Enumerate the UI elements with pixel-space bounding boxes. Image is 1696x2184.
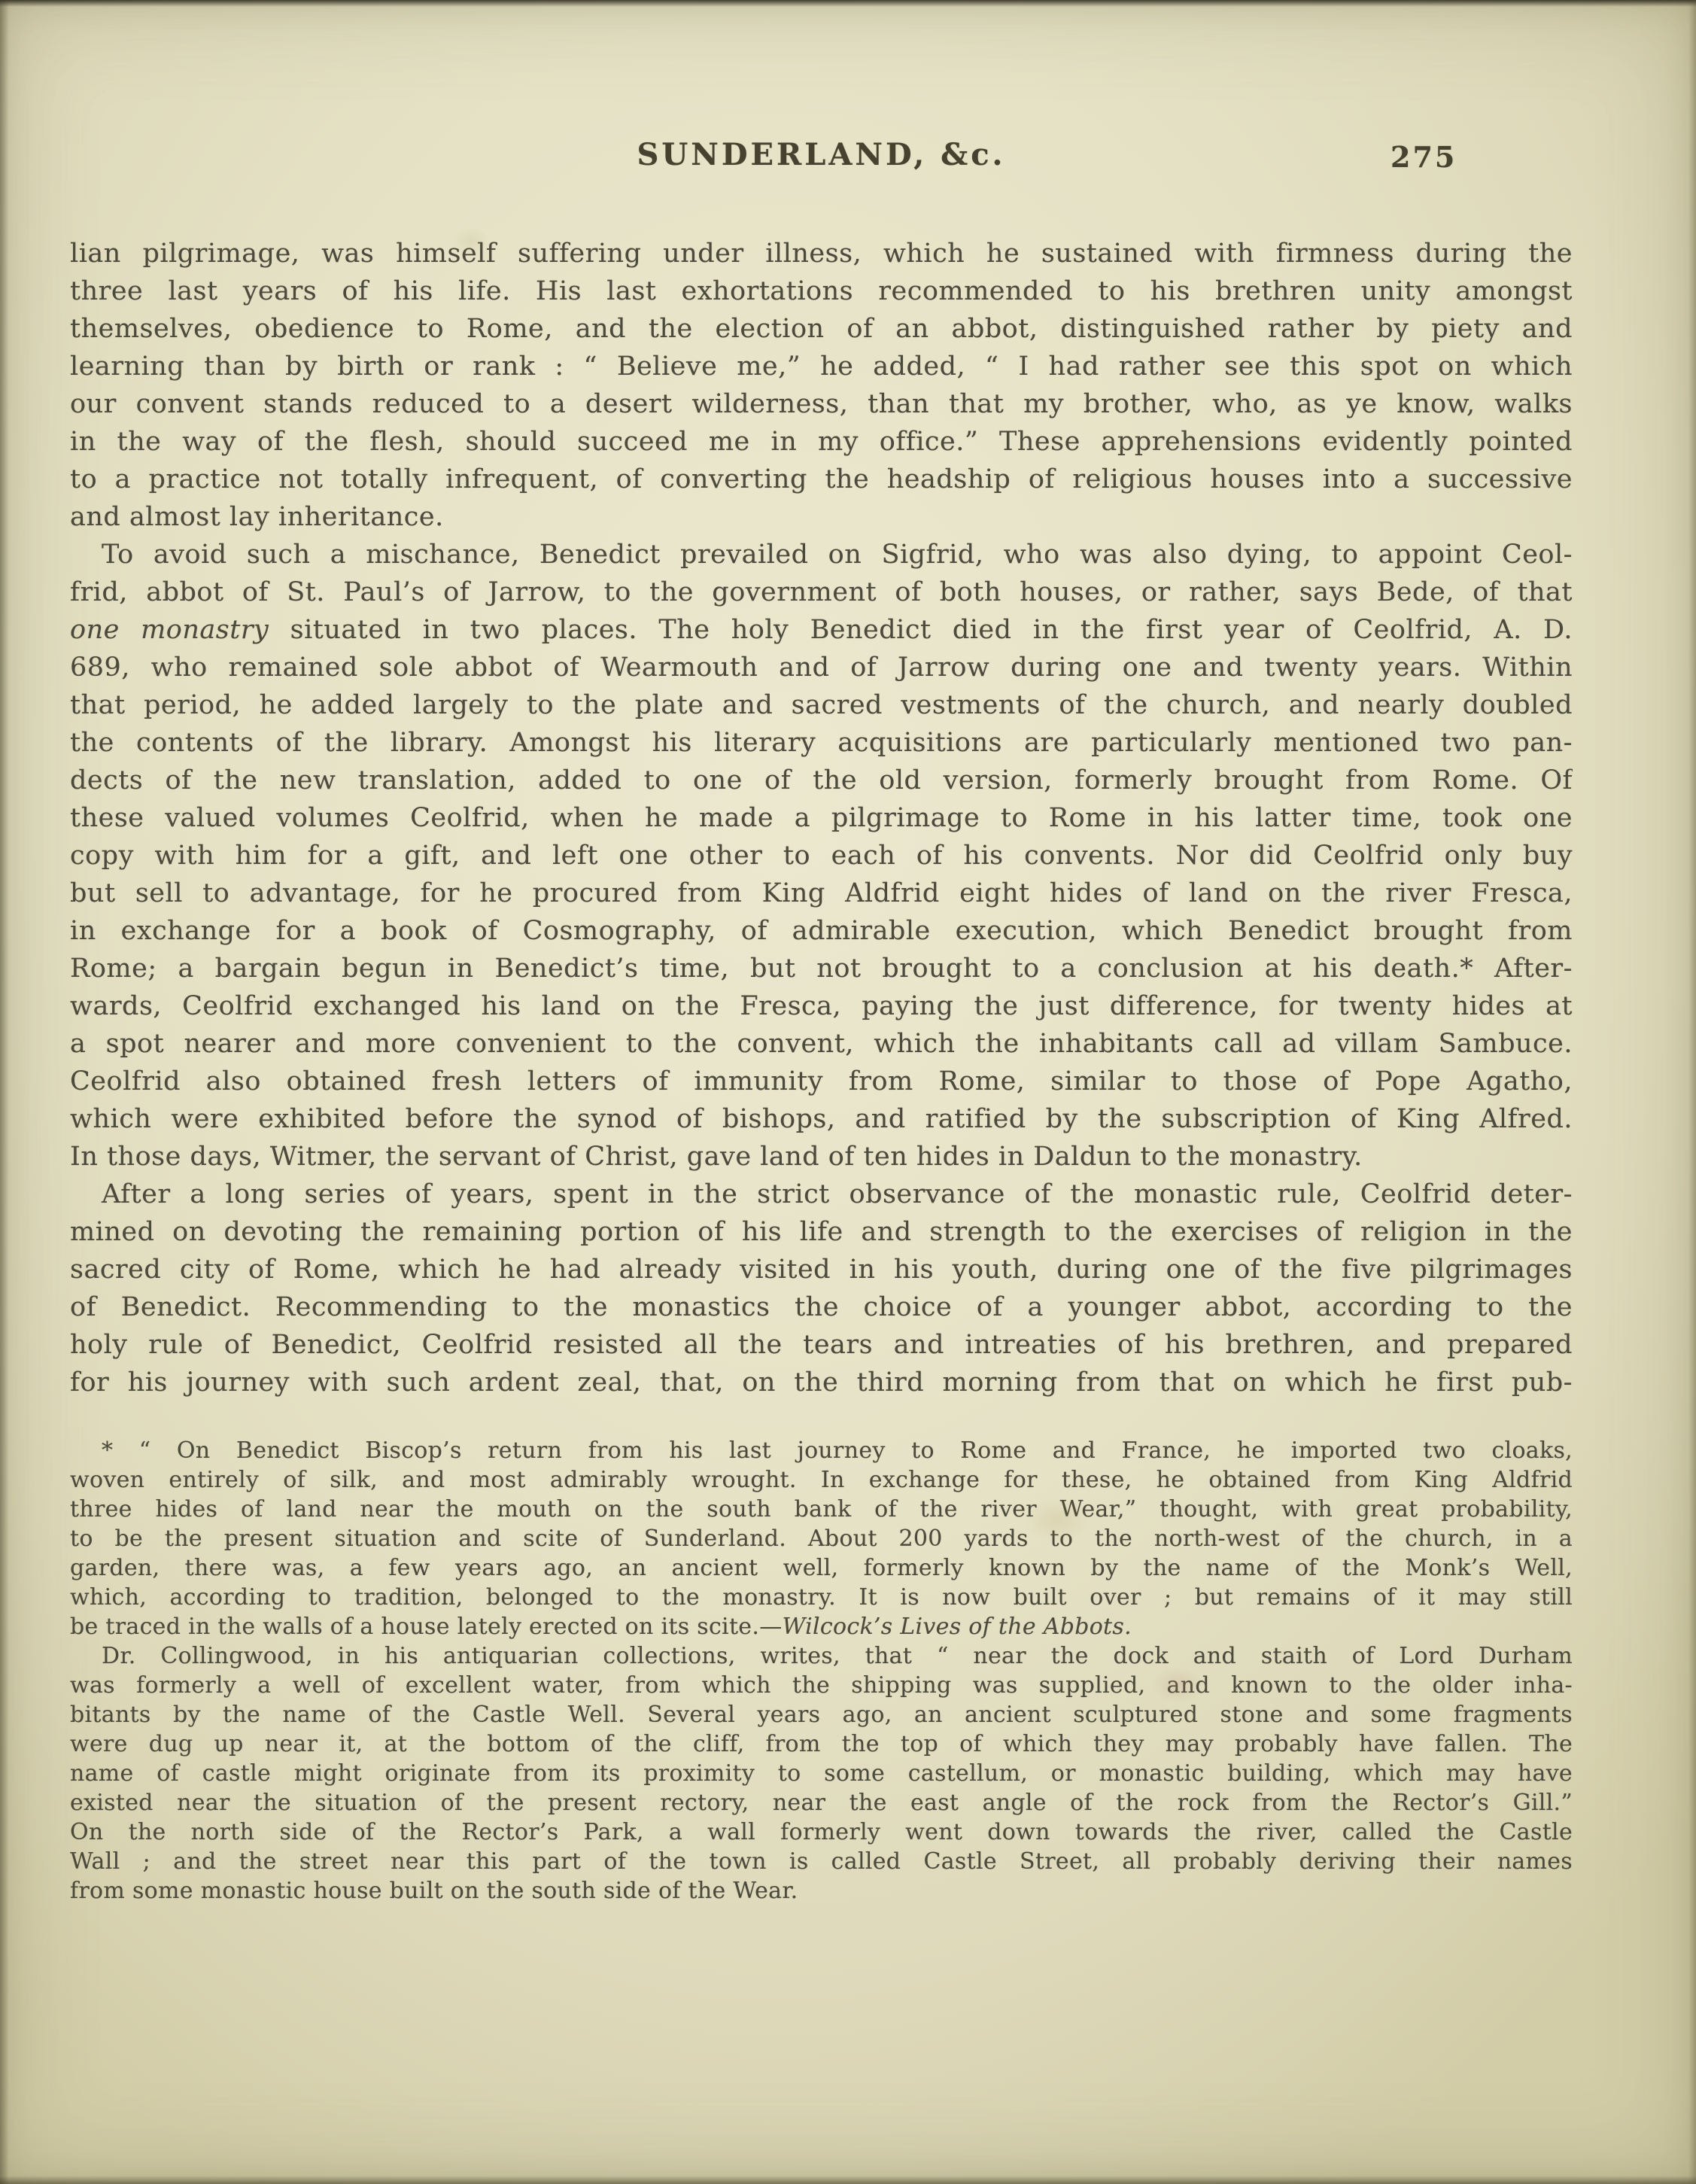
text-line: existed near the situation of the presen…: [70, 1788, 1573, 1817]
text-line: learning than by birth or rank : “ Belie…: [70, 348, 1573, 385]
text-line: for his journey with such ardent zeal, t…: [70, 1364, 1573, 1401]
running-header-title: SUNDERLAND, &c.: [70, 137, 1573, 172]
text-line: in exchange for a book of Cosmography, o…: [70, 912, 1573, 950]
text-line: frid, abbot of St. Paul’s of Jarrow, to …: [70, 573, 1573, 611]
text-line: three last years of his life. His last e…: [70, 272, 1573, 310]
text-line: in the way of the flesh, should succeed …: [70, 423, 1573, 461]
text-line: Wall ; and the street near this part of …: [70, 1847, 1573, 1876]
text-line: Dr. Collingwood, in his antiquarian coll…: [70, 1641, 1573, 1671]
page-number: 275: [1391, 140, 1511, 174]
text-line: which, according to tradition, belonged …: [70, 1583, 1573, 1612]
paragraph: lian pilgrimage, was himself suffering u…: [70, 235, 1573, 536]
text-line: to be the present situation and scite of…: [70, 1524, 1573, 1553]
footnote-section: * “ On Benedict Biscop’s return from his…: [70, 1436, 1573, 1906]
text-line: lian pilgrimage, was himself suffering u…: [70, 235, 1573, 272]
text-line: In those days, Witmer, the servant of Ch…: [70, 1138, 1573, 1176]
text-line: be traced in the walls of a house lately…: [70, 1612, 1573, 1641]
text-line: 689, who remained sole abbot of Wearmout…: [70, 649, 1573, 686]
text-line: that period, he added largely to the pla…: [70, 686, 1573, 724]
text-line: our convent stands reduced to a desert w…: [70, 385, 1573, 423]
text-line: the contents of the library. Amongst his…: [70, 724, 1573, 762]
text-line: mined on devoting the remaining portion …: [70, 1213, 1573, 1251]
text-line: which were exhibited before the synod of…: [70, 1100, 1573, 1138]
scan-edge-top: [0, 0, 1696, 7]
scan-edge-right: [1688, 0, 1696, 2184]
paragraph: Dr. Collingwood, in his antiquarian coll…: [70, 1641, 1573, 1906]
text-line: of Benedict. Recommending to the monasti…: [70, 1288, 1573, 1326]
text-line: was formerly a well of excellent water, …: [70, 1671, 1573, 1700]
text-line: were dug up near it, at the bottom of th…: [70, 1729, 1573, 1759]
paragraph: To avoid such a mischance, Benedict prev…: [70, 536, 1573, 1176]
text-line: Rome; a bargain begun in Benedict’s time…: [70, 950, 1573, 987]
plain-text: be traced in the walls of a house lately…: [70, 1614, 783, 1640]
text-line: copy with him for a gift, and left one o…: [70, 837, 1573, 875]
text-line: bitants by the name of the Castle Well. …: [70, 1700, 1573, 1729]
text-line: garden, there was, a few years ago, an a…: [70, 1553, 1573, 1583]
body-text: lian pilgrimage, was himself suffering u…: [70, 235, 1573, 1401]
text-line: these valued volumes Ceolfrid, when he m…: [70, 799, 1573, 837]
text-line: but sell to advantage, for he procured f…: [70, 875, 1573, 912]
book-page: SUNDERLAND, &c. 275 lian pilgrimage, was…: [0, 0, 1696, 2184]
text-line: To avoid such a mischance, Benedict prev…: [70, 536, 1573, 573]
text-line: After a long series of years, spent in t…: [70, 1176, 1573, 1213]
scan-edge-bottom: [0, 2176, 1696, 2184]
text-line: themselves, obedience to Rome, and the e…: [70, 310, 1573, 348]
text-line: wards, Ceolfrid exchanged his land on th…: [70, 987, 1573, 1025]
text-line: woven entirely of silk, and most admirab…: [70, 1465, 1573, 1495]
text-line: sacred city of Rome, which he had alread…: [70, 1251, 1573, 1288]
text-line: * “ On Benedict Biscop’s return from his…: [70, 1436, 1573, 1465]
plain-text: situated in two places. The holy Benedic…: [269, 615, 1573, 645]
text-line: a spot nearer and more convenient to the…: [70, 1025, 1573, 1063]
paragraph: * “ On Benedict Biscop’s return from his…: [70, 1436, 1573, 1641]
text-line: and almost lay inheritance.: [70, 498, 1573, 536]
italic-text: one monastry: [70, 615, 269, 645]
scan-edge-left: [0, 0, 9, 2184]
paragraph: After a long series of years, spent in t…: [70, 1176, 1573, 1401]
text-line: from some monastic house built on the so…: [70, 1876, 1573, 1906]
text-line: name of castle might originate from its …: [70, 1759, 1573, 1788]
text-line: to a practice not totally infrequent, of…: [70, 461, 1573, 498]
text-line: Ceolfrid also obtained fresh letters of …: [70, 1063, 1573, 1100]
text-line: one monastry situated in two places. The…: [70, 611, 1573, 649]
italic-text: Wilcock’s Lives of the Abbots.: [783, 1614, 1132, 1640]
text-line: three hides of land near the mouth on th…: [70, 1495, 1573, 1524]
text-line: dects of the new translation, added to o…: [70, 762, 1573, 799]
text-line: On the north side of the Rector’s Park, …: [70, 1817, 1573, 1847]
text-line: holy rule of Benedict, Ceolfrid resisted…: [70, 1326, 1573, 1364]
